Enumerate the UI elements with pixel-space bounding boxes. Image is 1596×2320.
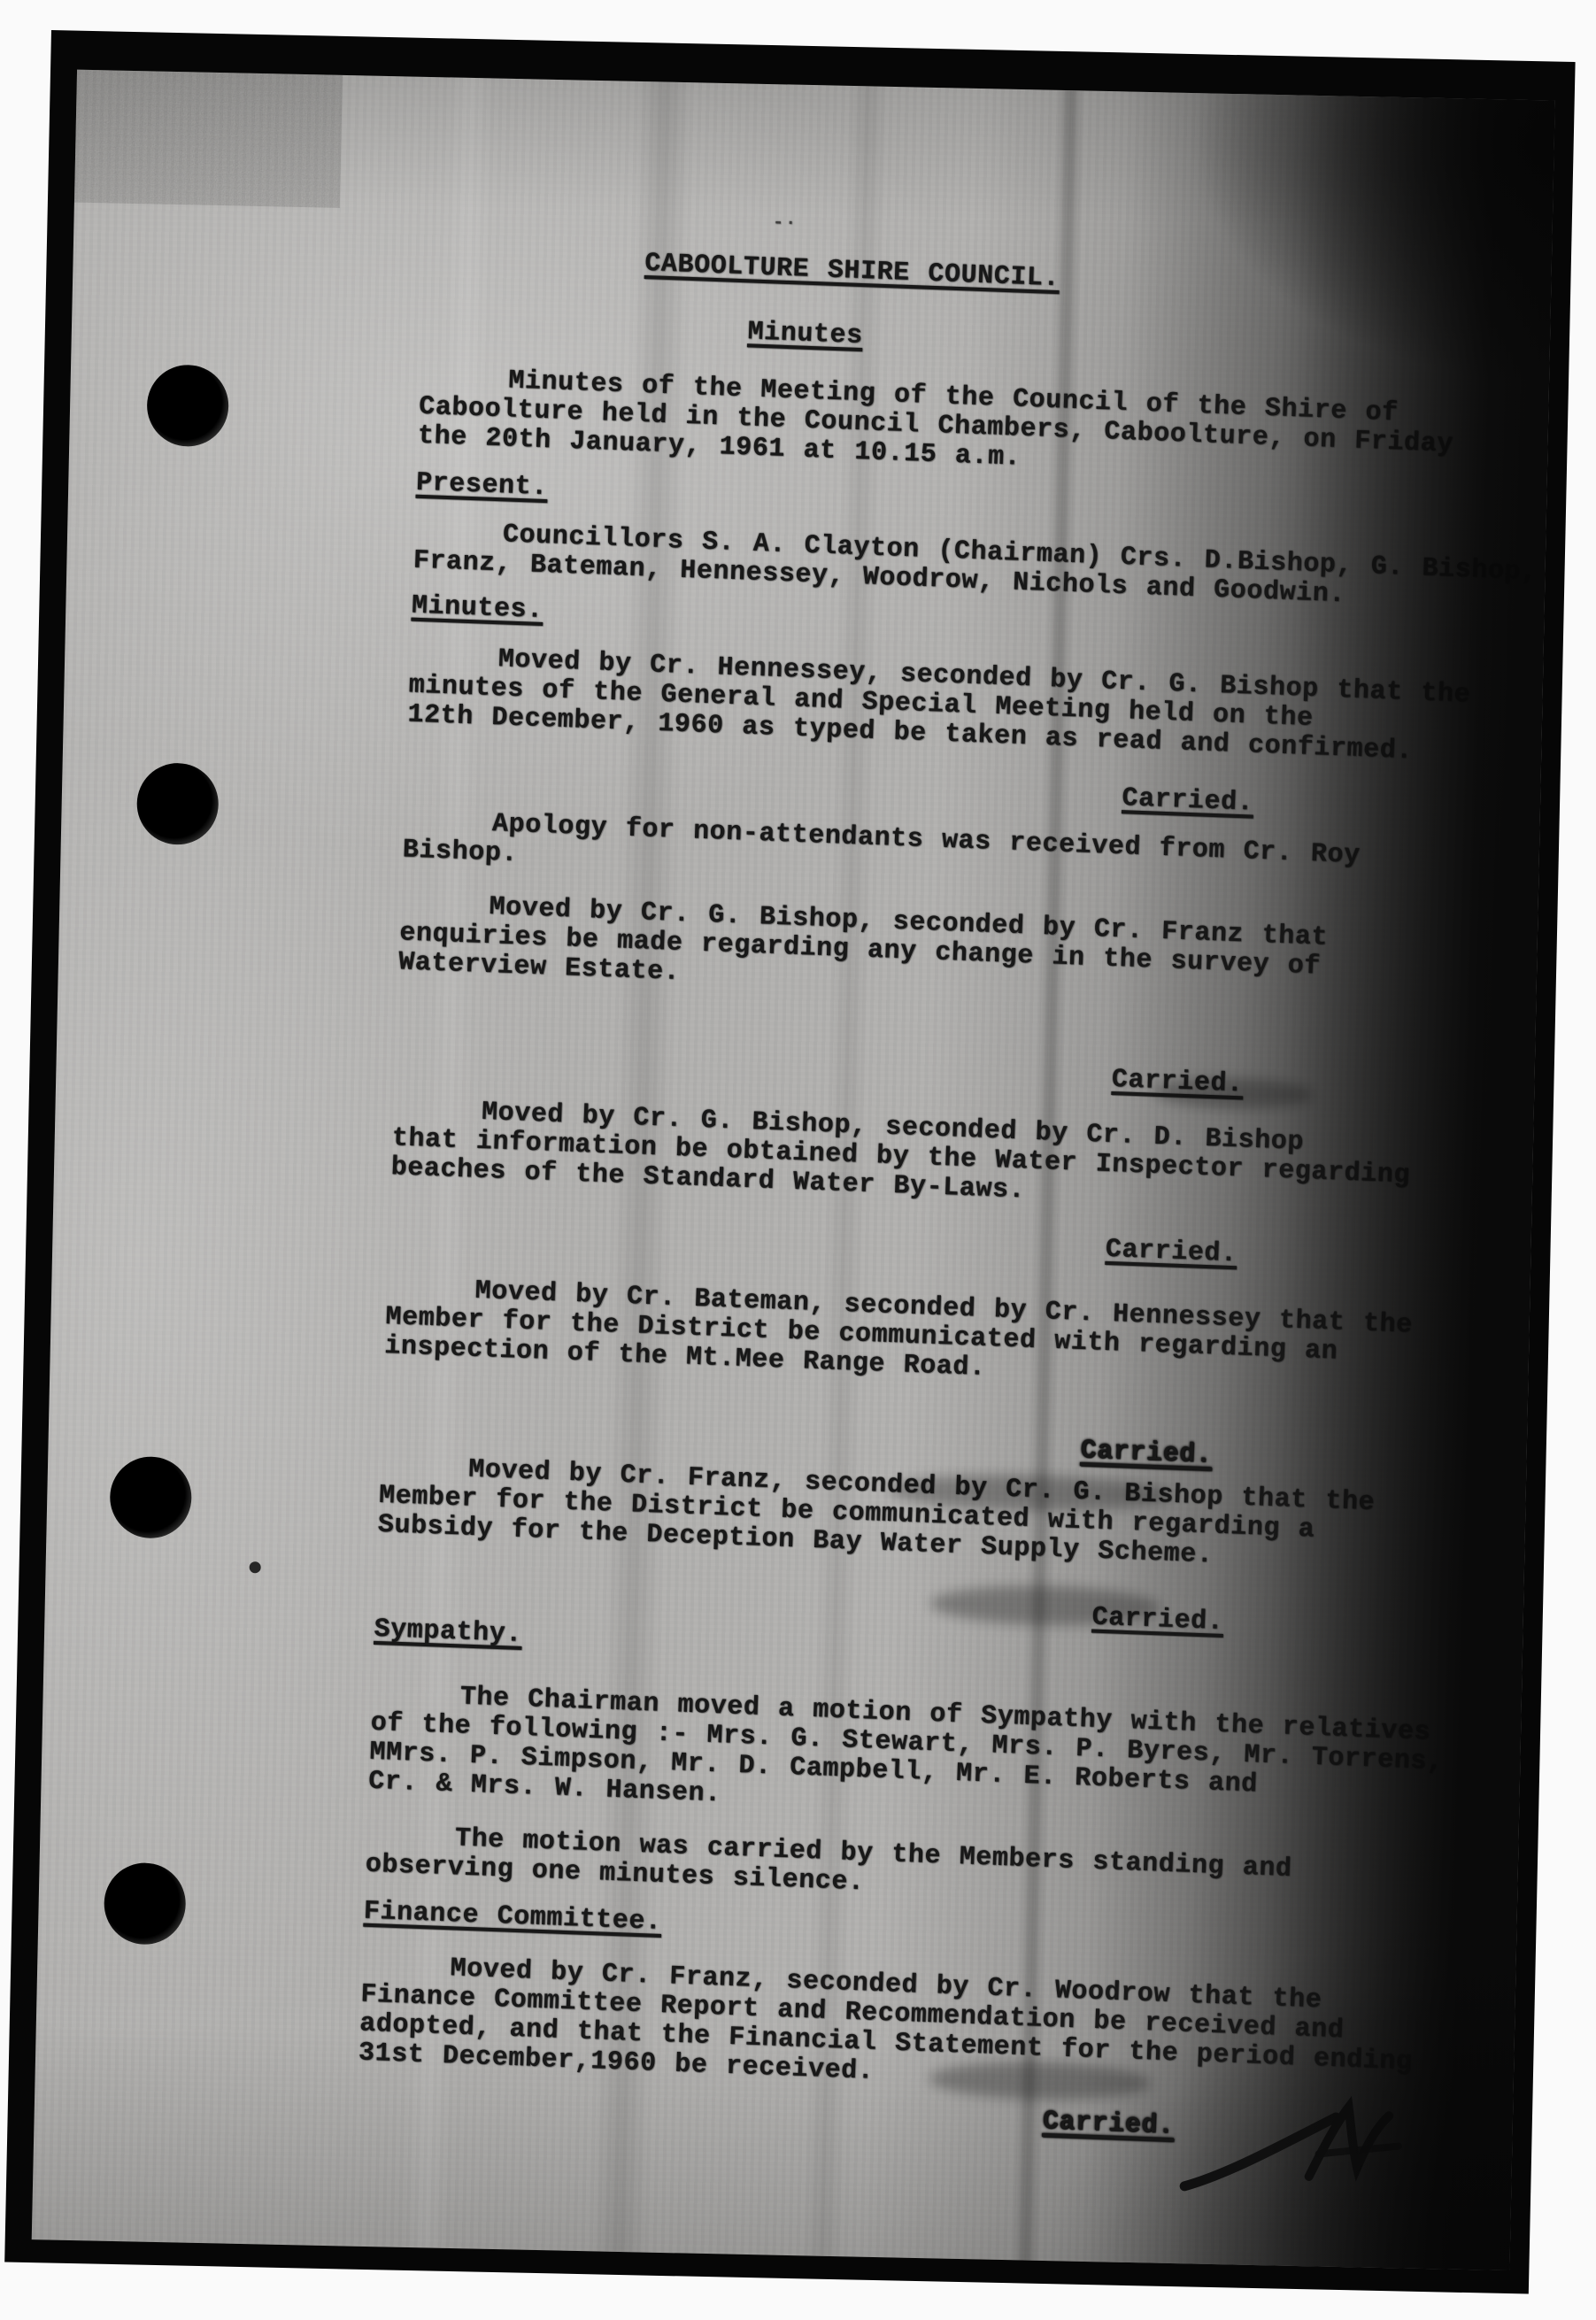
punch-hole: [136, 762, 220, 845]
minutes-motion-paragraph: Moved by Cr. Hennessey, seconded by Cr. …: [407, 643, 1555, 774]
water-bylaws-motion-paragraph: Moved by Cr. G. Bishop, seconded by Cr. …: [390, 1095, 1555, 1226]
punch-hole: [104, 1862, 187, 1946]
page-title: CABOOLTURE SHIRE COUNCIL.: [644, 250, 1555, 314]
finance-motion-paragraph: Moved by Cr. Franz, seconded by Cr. Wood…: [358, 1952, 1538, 2112]
survey-motion-paragraph: Moved by Cr. G. Bishop, seconded by Cr. …: [398, 890, 1555, 1021]
typewritten-text: -· CABOOLTURE SHIRE COUNCIL. Minutes Min…: [357, 242, 1555, 2154]
carried-status: Carried.: [1105, 1236, 1554, 1282]
stray-mark: -·: [773, 208, 798, 238]
scan-grain-texture: [74, 70, 343, 208]
carried-status: Carried.: [1122, 784, 1555, 830]
carried-status: Carried.: [1091, 1604, 1553, 1650]
handwritten-initials-mark: [1175, 2087, 1427, 2229]
scanned-page-frame: -· CABOOLTURE SHIRE COUNCIL. Minutes Min…: [4, 30, 1575, 2294]
page-subtitle: Minutes: [747, 318, 1555, 378]
mt-mee-motion-paragraph: Moved by Cr. Bateman, seconded by Cr. He…: [384, 1274, 1555, 1405]
ink-speck: [250, 1561, 261, 1573]
minutes-page: -· CABOOLTURE SHIRE COUNCIL. Minutes Min…: [32, 70, 1555, 2270]
punch-hole: [109, 1456, 192, 1539]
carried-status: Carried.: [1111, 1066, 1554, 1112]
punch-hole: [146, 364, 229, 447]
carried-status: Carried.: [1080, 1437, 1555, 1484]
sympathy-paragraph: The Chairman moved a motion of Sympathy …: [368, 1680, 1549, 1840]
